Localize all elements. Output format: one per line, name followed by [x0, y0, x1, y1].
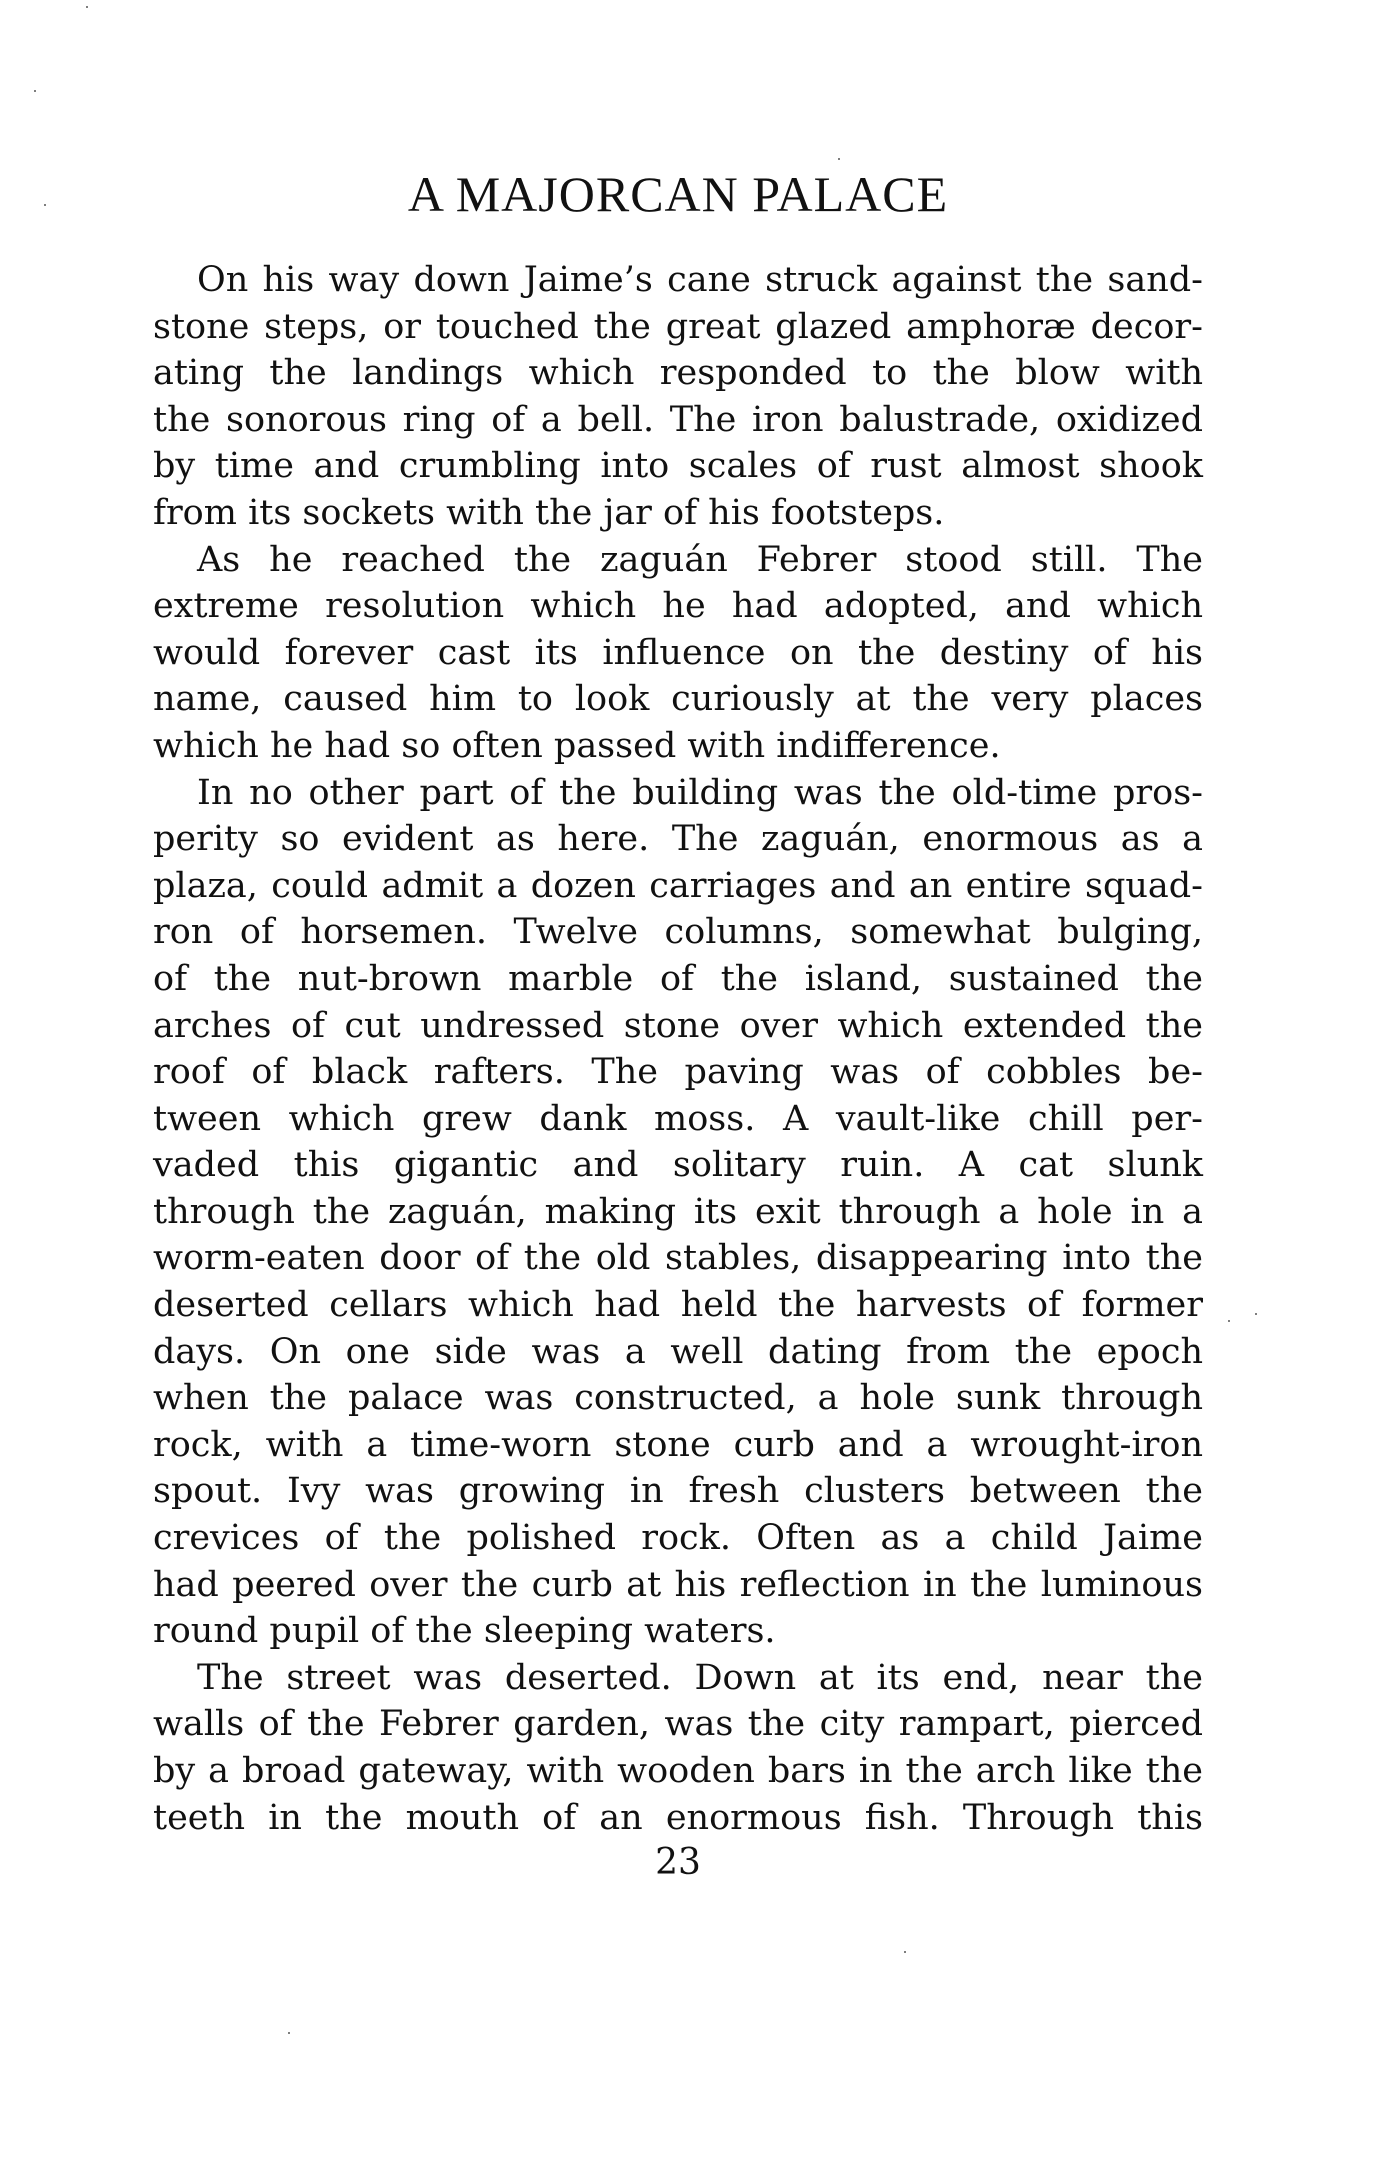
text-line: arches of cut undressed stone over which… [153, 1003, 1203, 1050]
text-line: tween which grew dank moss. A vault-like… [153, 1096, 1203, 1143]
text-line: round pupil of the sleeping waters. [153, 1608, 1203, 1655]
text-line: from its sockets with the jar of his foo… [153, 490, 1203, 537]
text-line: perity so evident as here. The zaguán, e… [153, 816, 1203, 863]
text-line: the sonorous ring of a bell. The iron ba… [153, 397, 1203, 444]
text-line: walls of the Febrer garden, was the city… [153, 1701, 1203, 1748]
text-line: worm-eaten door of the old stables, disa… [153, 1235, 1203, 1282]
text-line: would forever cast its influence on the … [153, 630, 1203, 677]
body-text: On his way down Jaime’s cane struck agai… [153, 257, 1203, 1841]
scan-speck [288, 2032, 290, 2034]
book-page: A MAJORCAN PALACE On his way down Jaime’… [0, 0, 1383, 2170]
text-line: roof of black rafters. The paving was of… [153, 1049, 1203, 1096]
text-line: As he reached the zaguán Febrer stood st… [153, 537, 1203, 584]
text-line: On his way down Jaime’s cane struck agai… [153, 257, 1203, 304]
text-line: had peered over the curb at his reflecti… [153, 1562, 1203, 1609]
scan-speck [1228, 1320, 1230, 1322]
paragraph-1: On his way down Jaime’s cane struck agai… [153, 257, 1203, 537]
text-line: stone steps, or touched the great glazed… [153, 304, 1203, 351]
text-line: by a broad gateway, with wooden bars in … [153, 1748, 1203, 1795]
text-line: days. On one side was a well dating from… [153, 1329, 1203, 1376]
text-line: rock, with a time-worn stone curb and a … [153, 1422, 1203, 1469]
scan-speck [44, 204, 46, 206]
text-line: which he had so often passed with indiff… [153, 723, 1203, 770]
text-line: by time and crumbling into scales of rus… [153, 443, 1203, 490]
paragraph-2: As he reached the zaguán Febrer stood st… [153, 537, 1203, 770]
text-line: through the zaguán, making its exit thro… [153, 1189, 1203, 1236]
text-line: name, caused him to look curiously at th… [153, 676, 1203, 723]
chapter-title: A MAJORCAN PALACE [153, 164, 1203, 224]
paragraph-4: The street was deserted. Down at its end… [153, 1655, 1203, 1841]
text-line: of the nut-brown marble of the island, s… [153, 956, 1203, 1003]
text-line: deserted cellars which had held the harv… [153, 1282, 1203, 1329]
text-line: vaded this gigantic and solitary ruin. A… [153, 1142, 1203, 1189]
text-line: extreme resolution which he had adopted,… [153, 583, 1203, 630]
scan-speck [838, 158, 840, 160]
page-number: 23 [153, 1843, 1203, 1883]
text-line: crevices of the polished rock. Often as … [153, 1515, 1203, 1562]
text-line: In no other part of the building was the… [153, 770, 1203, 817]
scan-speck [34, 90, 36, 92]
text-line: spout. Ivy was growing in fresh clusters… [153, 1468, 1203, 1515]
text-line: ating the landings which responded to th… [153, 350, 1203, 397]
scan-speck [1255, 1313, 1257, 1315]
scan-speck [86, 6, 88, 8]
text-line: when the palace was constructed, a hole … [153, 1375, 1203, 1422]
text-line: ron of horsemen. Twelve columns, somewha… [153, 909, 1203, 956]
text-line: plaza, could admit a dozen carriages and… [153, 863, 1203, 910]
text-line: teeth in the mouth of an enormous fish. … [153, 1795, 1203, 1842]
paragraph-3: In no other part of the building was the… [153, 770, 1203, 1655]
text-line: The street was deserted. Down at its end… [153, 1655, 1203, 1702]
scan-speck [904, 1951, 906, 1953]
